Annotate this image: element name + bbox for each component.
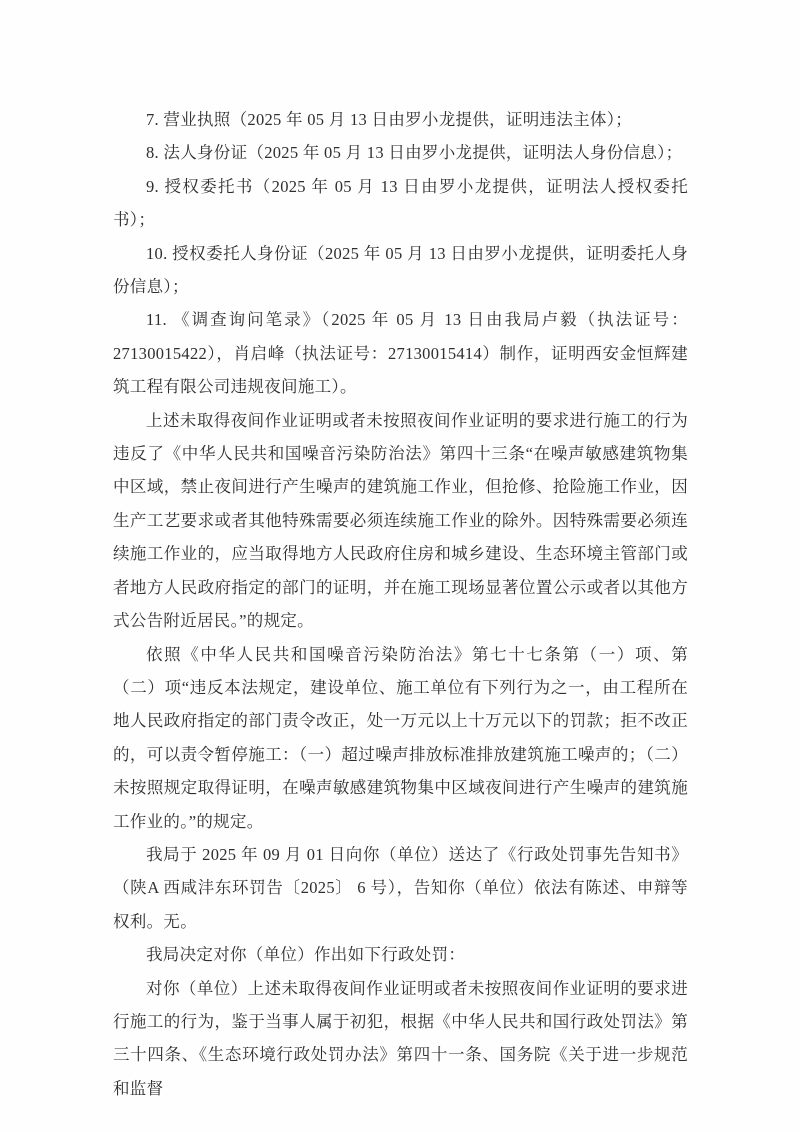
evidence-item-9: 9. 授权委托书（2025 年 05 月 13 日由罗小龙提供，证明法人授权委托…	[113, 170, 688, 237]
evidence-item-8: 8. 法人身份证（2025 年 05 月 13 日由罗小龙提供，证明法人身份信息…	[113, 136, 688, 169]
paragraph-prior-notice: 我局于 2025 年 09 月 01 日向你（单位）送达了《行政处罚事先告知书》…	[113, 838, 688, 938]
evidence-item-11: 11. 《调查询问笔录》（2025 年 05 月 13 日由我局卢毅（执法证号：…	[113, 303, 688, 403]
document-body: 7. 营业执照（2025 年 05 月 13 日由罗小龙提供，证明违法主体）； …	[113, 103, 688, 1105]
evidence-item-7: 7. 营业执照（2025 年 05 月 13 日由罗小龙提供，证明违法主体）；	[113, 103, 688, 136]
evidence-item-10: 10. 授权委托人身份证（2025 年 05 月 13 日由罗小龙提供，证明委托…	[113, 237, 688, 304]
document-page: 7. 营业执照（2025 年 05 月 13 日由罗小龙提供，证明违法主体）； …	[0, 0, 800, 1132]
paragraph-decision-intro: 我局决定对你（单位）作出如下行政处罚：	[113, 938, 688, 971]
paragraph-penalty-basis: 对你（单位）上述未取得夜间作业证明或者未按照夜间作业证明的要求进行施工的行为，鉴…	[113, 972, 688, 1106]
paragraph-legal-basis: 依照《中华人民共和国噪音污染防治法》第七十七条第（一）项、第（二）项“违反本法规…	[113, 638, 688, 838]
paragraph-violation-facts: 上述未取得夜间作业证明或者未按照夜间作业证明的要求进行施工的行为违反了《中华人民…	[113, 404, 688, 638]
